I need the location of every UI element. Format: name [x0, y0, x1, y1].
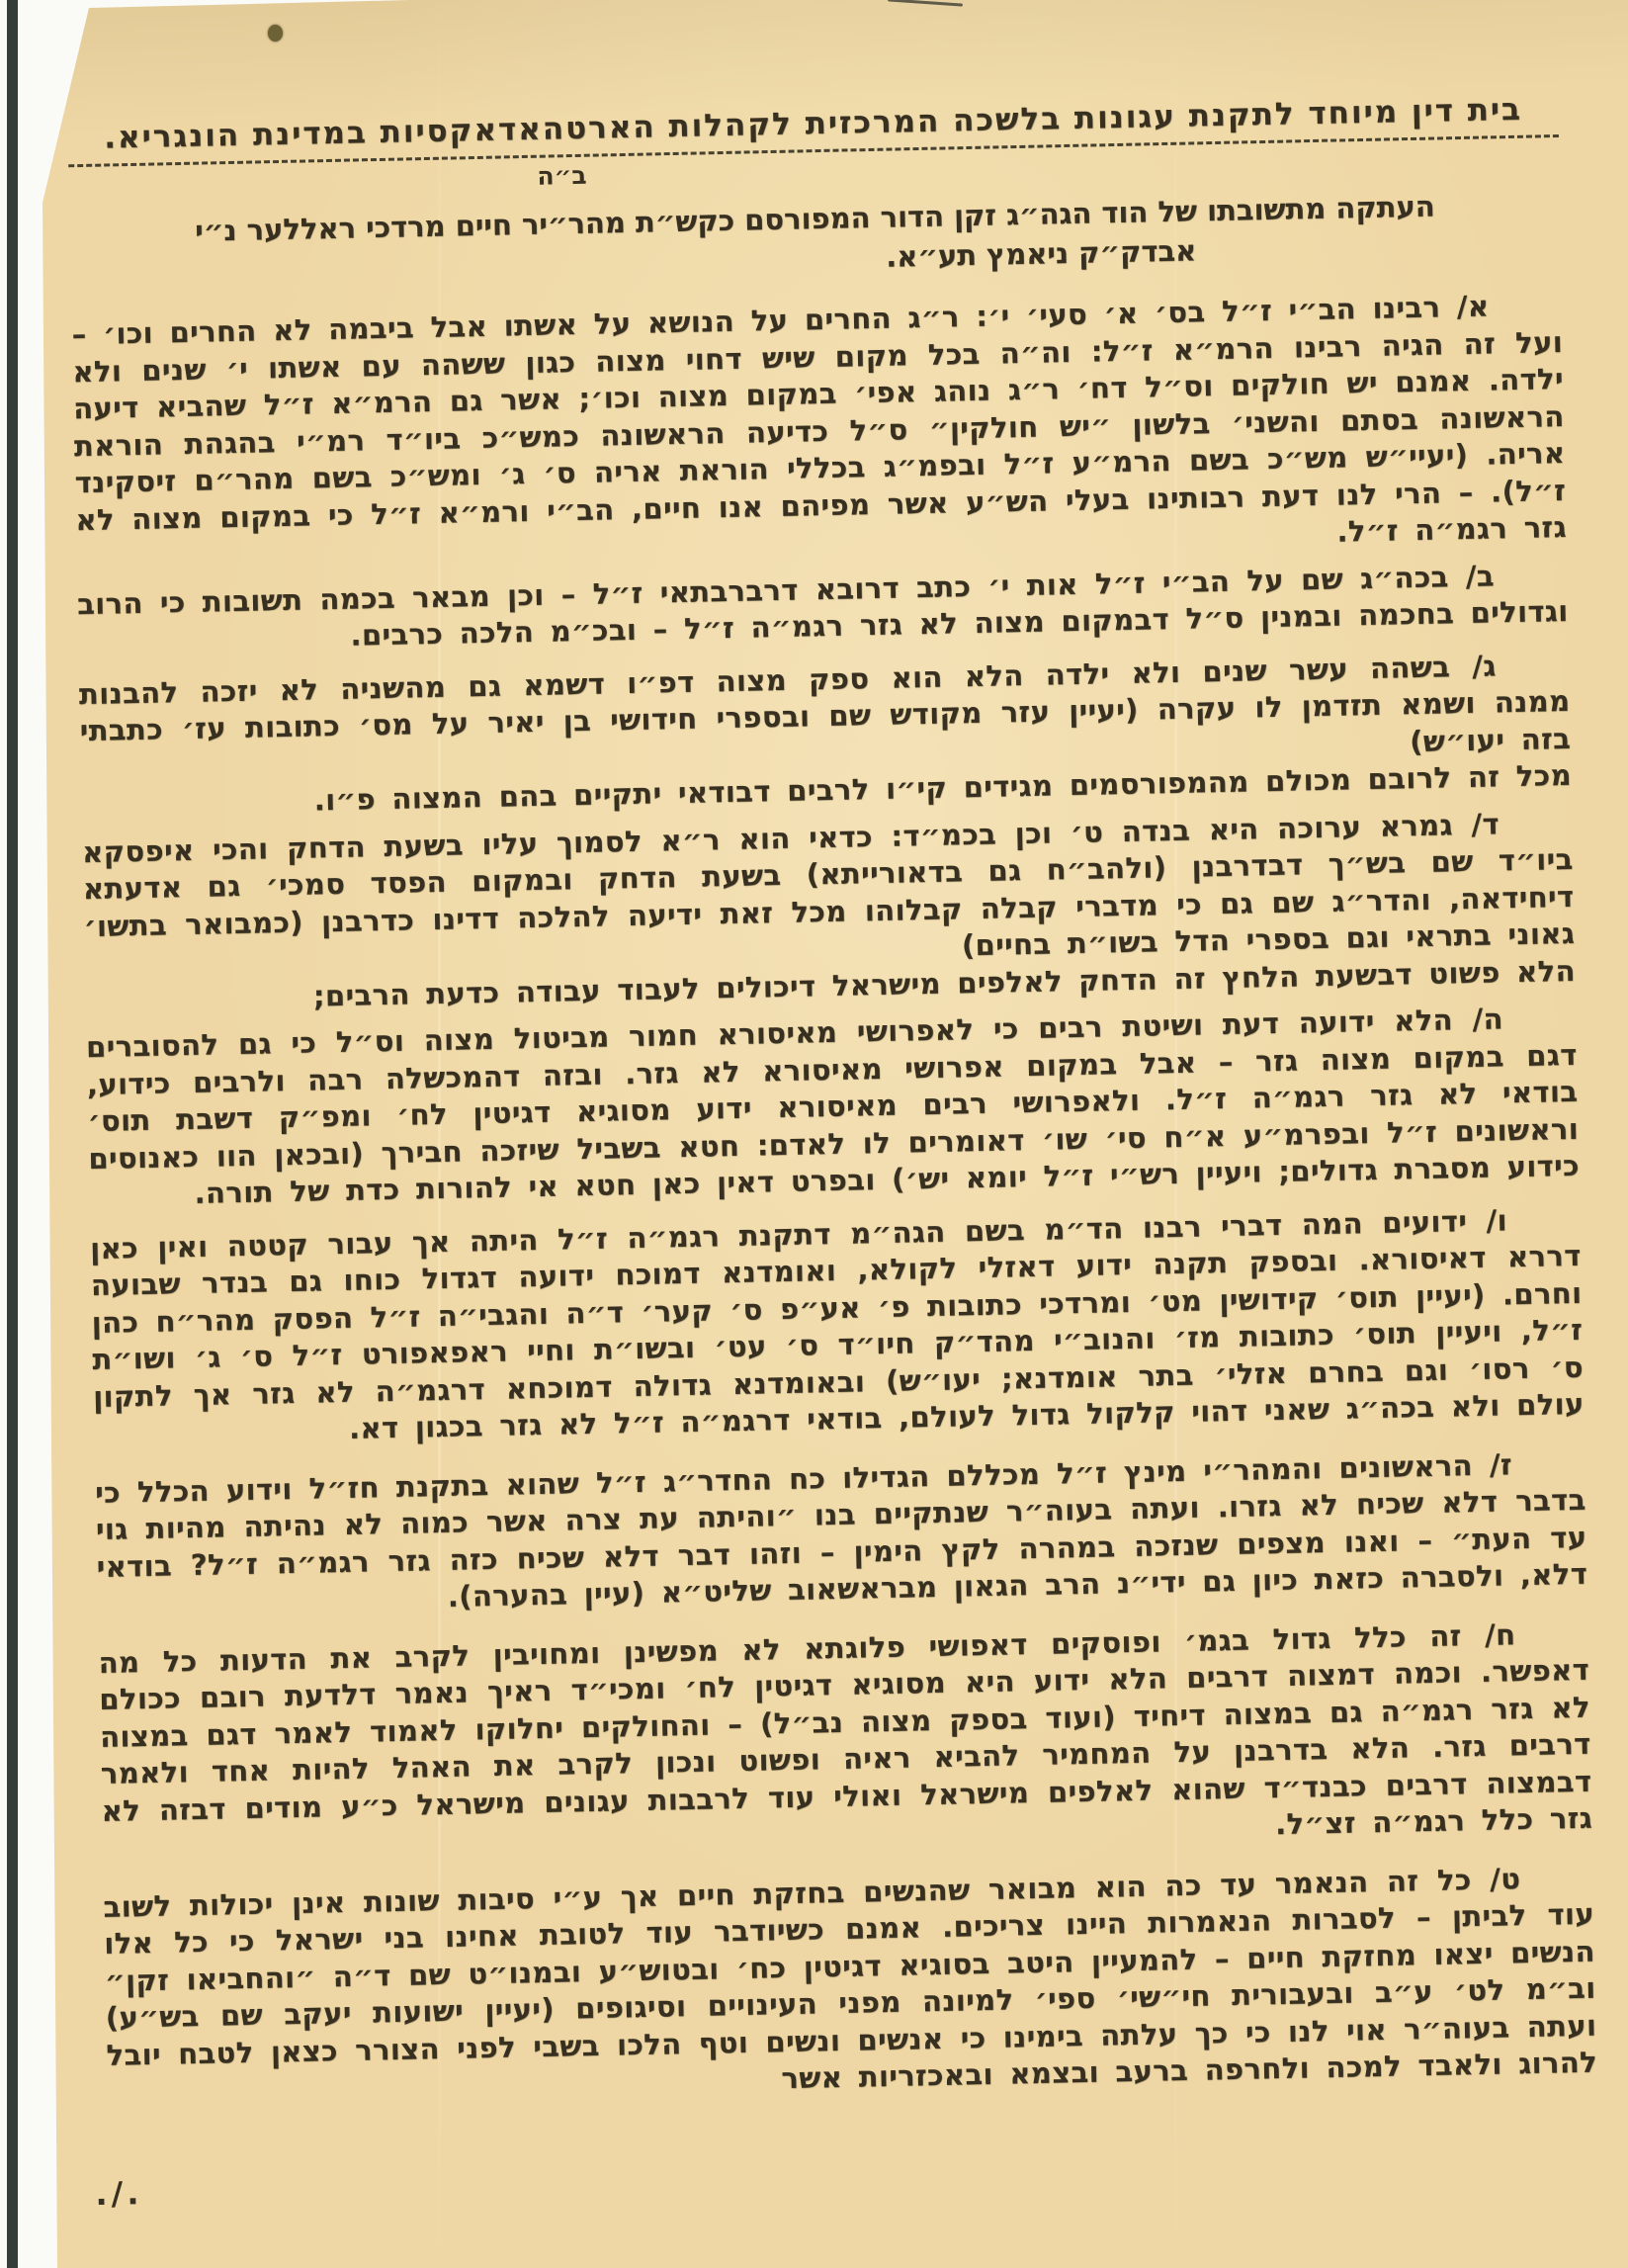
paragraph-vav: ו/ ידועים המה דברי רבנו הד״מ בשם הגה״מ ד… — [90, 1200, 1585, 1452]
document-text-block: בית דין מיוחד לתקנת עגונות בלשכה המרכזית… — [67, 91, 1599, 2212]
scanner-edge-strip — [7, 0, 18, 2268]
paragraph-chet: ח/ זה כלל גדול בגמ׳ ופוסקים דאפושי פלוגת… — [98, 1614, 1592, 1867]
paragraph-zayin: ז/ הראשונים והמהר״י מינץ ז״ל מכללם הגדיל… — [95, 1444, 1588, 1622]
body-text: א/ רבינו הב״י ז״ל בס׳ א׳ סעי׳ י׳: ר״ג הח… — [71, 287, 1597, 2111]
paragraph-dalet: ד/ גמרא ערוכה היא בנדה ט׳ וכן בכמ״ד: כדא… — [82, 804, 1576, 982]
paragraph-bet: ב/ בכה״ג שם על הב״י ז״ל אות י׳ כתב דרובא… — [77, 556, 1569, 659]
paragraph-he: ה/ הלא ידועה דעת ושיטת רבים כי לאפרושי מ… — [86, 1000, 1580, 1215]
punch-hole-mark — [268, 25, 283, 42]
intro-block: העתקה מתשובתו של הוד הגה״ג זקן הדור המפו… — [69, 184, 1561, 293]
paragraph-tet: ט/ כל זה הנאמר עד כה הוא מבואר שהנשים בח… — [103, 1859, 1597, 2111]
scanned-document-page: בית דין מיוחד לתקנת עגונות בלשכה המרכזית… — [0, 0, 1628, 2268]
paragraph-alef: א/ רבינו הב״י ז״ל בס׳ א׳ סעי׳ י׳: ר״ג הח… — [71, 287, 1567, 576]
